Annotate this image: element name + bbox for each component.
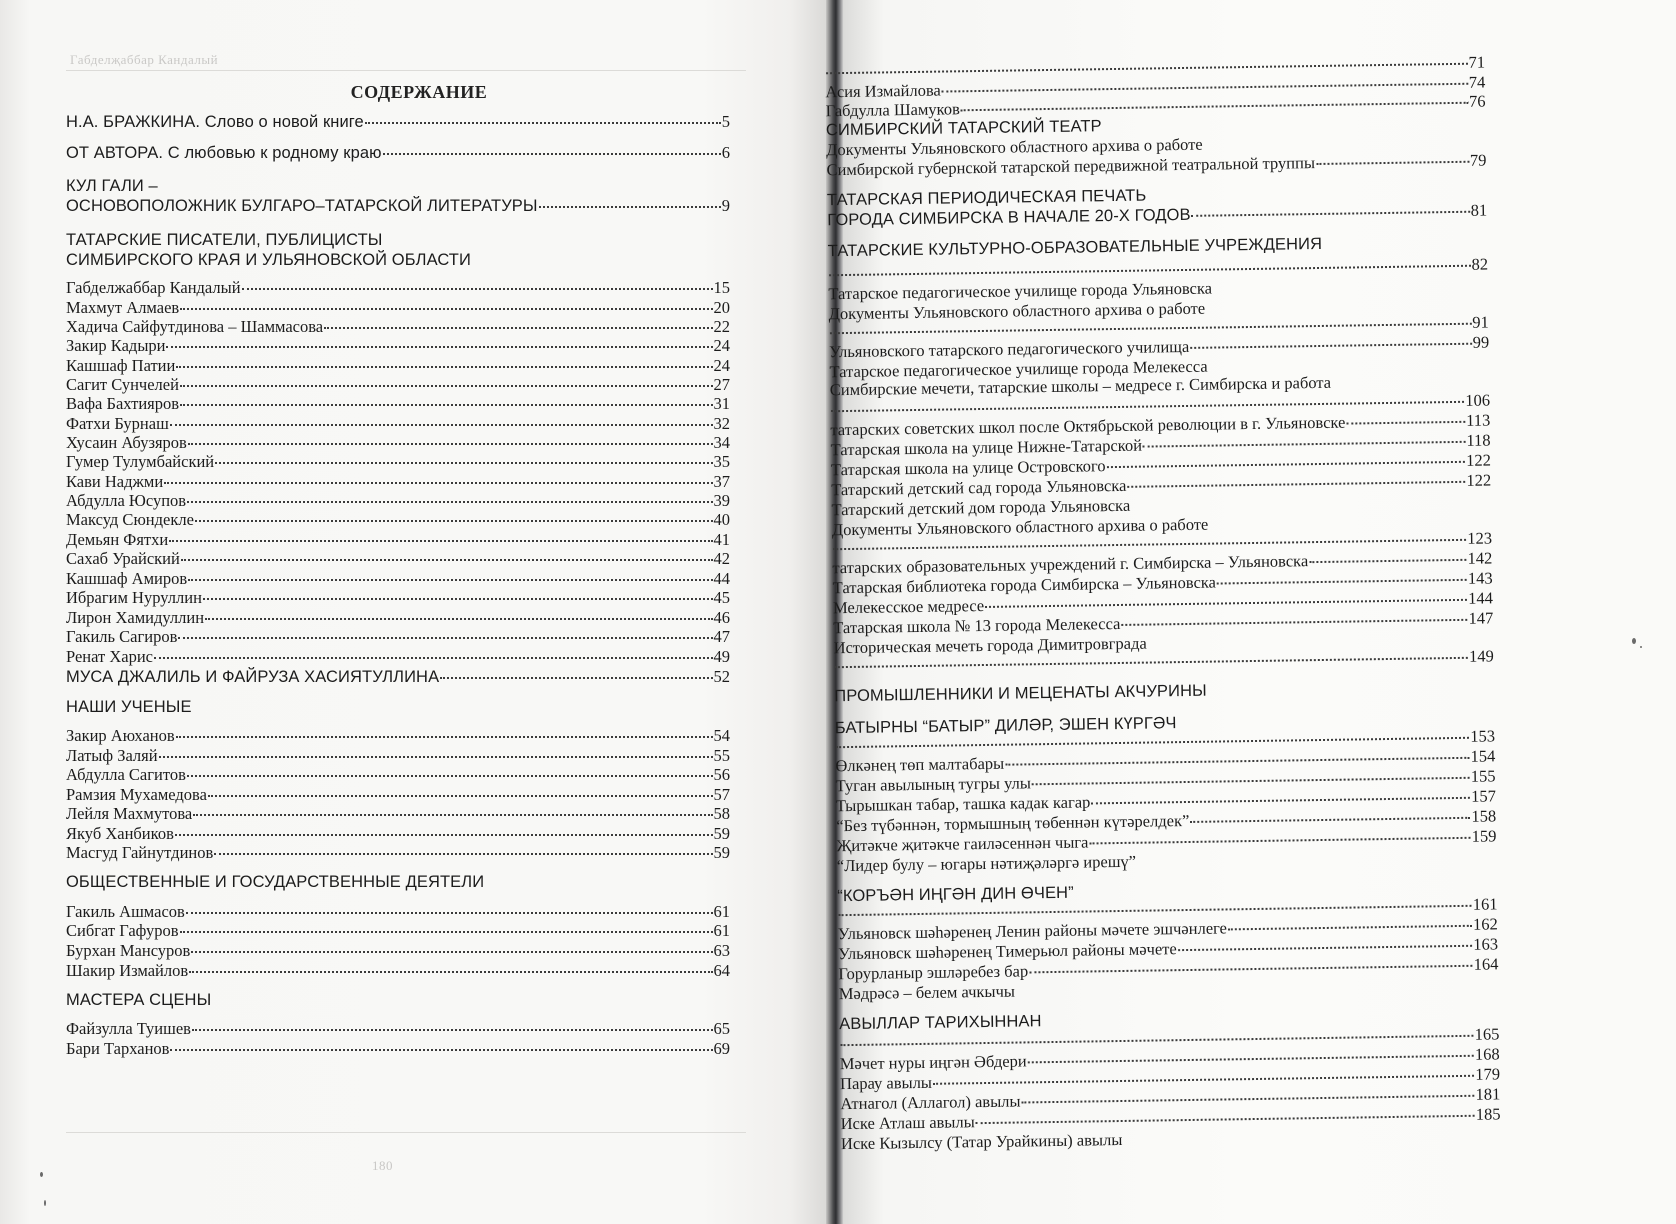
toc-entry-title: МАСТЕРА СЦЕНЫ (66, 990, 211, 1010)
toc-entry-title: Парау авылы (840, 1073, 932, 1094)
toc-page-number: 158 (1471, 806, 1496, 826)
toc-page-number: 164 (1473, 954, 1498, 974)
dot-leader (186, 912, 713, 914)
toc-entry-title: КУЛ ГАЛИ – (66, 176, 158, 196)
toc-entry: Сахаб Урайский42 (66, 549, 730, 569)
toc-entry-title: Максуд Сюндекле (66, 510, 194, 530)
toc-page-number: 5 (722, 112, 730, 132)
toc-page-number: 52 (714, 667, 731, 687)
toc-page-number: 159 (1472, 826, 1497, 846)
toc-entry: Демьян Фятхи41 (66, 530, 730, 550)
dot-leader (835, 657, 1468, 668)
toc-page-number: 142 (1467, 548, 1492, 568)
dot-leader (1028, 1055, 1474, 1064)
toc-entry-title: Өлкәнең төп малтабары (835, 754, 1004, 777)
dot-leader (166, 346, 712, 348)
toc-entry-title: НАШИ УЧЕНЫЕ (66, 697, 192, 717)
toc-entry: Гумер Тулумбайский35 (66, 452, 730, 472)
dot-leader (1032, 777, 1470, 785)
toc-page-number: 22 (714, 317, 731, 337)
toc-entry-title: Гумер Тулумбайский (66, 452, 214, 472)
toc-section-heading: ТАТАРСКИЕ ПИСАТЕЛИ, ПУБЛИЦИСТЫ (66, 230, 730, 250)
toc-page-number: 24 (714, 336, 731, 356)
dot-leader (214, 853, 712, 855)
toc-entry: Вафа Бахтияров31 (66, 394, 730, 414)
dot-leader (205, 618, 712, 620)
toc-page-number: 161 (1473, 894, 1498, 914)
toc-entry-title: Габделжаббар Кандалый (66, 278, 241, 298)
toc-entry-title: Лирон Хамидуллин (66, 608, 204, 628)
toc-entry: Бари Тарханов69 (66, 1039, 730, 1059)
toc-page-number: 149 (1469, 646, 1494, 666)
toc-page-number: 153 (1470, 726, 1495, 746)
dot-leader (215, 462, 712, 464)
toc-entry: Махмут Алмаев20 (66, 298, 730, 318)
toc-entry-title: Бурхан Мансуров (66, 941, 190, 961)
dot-leader (176, 736, 713, 738)
toc-entry-title: “Лидер булу – югары нәтиҗәләргә ирешү” (837, 852, 1136, 876)
toc-entry-title: Мелекесское медресе (833, 596, 984, 618)
toc-entry: Закир Кадыри24 (66, 336, 730, 356)
dot-leader (1121, 619, 1467, 626)
toc-entry-title: Гакиль Сагиров (66, 627, 177, 647)
toc-entry-title: Гакиль Ашмасов (66, 902, 185, 922)
dot-leader (1091, 797, 1470, 805)
toc-section-heading: ОБЩЕСТВЕННЫЕ И ГОСУДАРСТВЕННЫЕ ДЕЯТЕЛИ (66, 872, 730, 892)
toc-entry-title: Закир Аюханов (66, 726, 175, 746)
toc-section-entry: ОСНОВОПОЛОЖНИК БУЛГАРО–ТАТАРСКОЙ ЛИТЕРАТ… (66, 196, 730, 216)
toc-page-number: 37 (714, 472, 731, 492)
toc-page-number: 59 (714, 843, 731, 863)
dot-leader (1217, 579, 1467, 585)
dot-leader (826, 63, 1467, 75)
toc-entry-title: Бари Тарханов (66, 1039, 169, 1059)
toc-page-number: 27 (714, 375, 731, 395)
toc-page-number: 106 (1465, 390, 1490, 410)
toc-page-number: 181 (1475, 1084, 1500, 1104)
toc-entry-title: Фатхи Бурнаш (66, 414, 169, 434)
dot-leader (1089, 837, 1470, 845)
dot-leader (1190, 343, 1471, 349)
toc-entry: Абдулла Юсупов39 (66, 491, 730, 511)
toc-entry-title: Шакир Измайлов (66, 961, 188, 981)
toc-entry-title: Файзулла Туишев (66, 1019, 191, 1039)
toc-entry: Файзулла Туишев65 (66, 1019, 730, 1039)
toc-page-number: 58 (714, 804, 731, 824)
dot-leader (187, 775, 713, 777)
toc-entry: Фатхи Бурнаш32 (66, 414, 730, 434)
scan-speck (1640, 646, 1642, 648)
dot-leader (193, 814, 712, 816)
toc-page-number: 144 (1468, 588, 1493, 608)
toc-page-number: 91 (1472, 312, 1489, 332)
dot-leader (985, 599, 1467, 608)
toc-entry: Сибгат Гафуров61 (66, 921, 730, 941)
dot-leader (164, 482, 712, 484)
dot-leader (1192, 211, 1470, 217)
toc-entry-title: Сибгат Гафуров (66, 921, 179, 941)
toc-page-number: 6 (722, 143, 730, 163)
toc-section-heading: МАСТЕРА СЦЕНЫ (66, 990, 730, 1010)
dot-leader (175, 834, 713, 836)
dot-leader (1309, 559, 1466, 563)
toc-entry-title: Якуб Ханбиков (66, 824, 174, 844)
toc-entry-title: ОТ АВТОРА. С любовью к родному краю (66, 143, 382, 163)
toc-page-number: 15 (714, 278, 731, 298)
toc-entry-title: Иске Атлаш авылы (841, 1112, 975, 1134)
toc-entry-title: ТАТАРСКИЕ ПИСАТЕЛИ, ПУБЛИЦИСТЫ (66, 230, 382, 250)
dot-leader (1143, 441, 1465, 448)
toc-section-heading: СИМБИРСКОГО КРАЯ И УЛЬЯНОВСКОЙ ОБЛАСТИ (66, 250, 730, 270)
toc-entry: Рамзия Мухамедова57 (66, 785, 730, 805)
toc-entry: Габделжаббар Кандалый15 (66, 278, 730, 298)
toc-page-number: 71 (1468, 52, 1485, 72)
toc-page-number: 123 (1467, 528, 1492, 548)
toc-page-number: 55 (714, 746, 731, 766)
dot-leader (191, 951, 712, 953)
toc-entry-title: Махмут Алмаев (66, 298, 179, 318)
toc-page-number: 155 (1471, 766, 1496, 786)
dot-leader (180, 931, 713, 933)
dot-leader (839, 905, 1472, 916)
dot-leader (1005, 757, 1469, 766)
toc-page-number: 143 (1468, 568, 1493, 588)
toc-entry: Кави Наджми37 (66, 472, 730, 492)
dot-leader (1190, 817, 1470, 823)
toc-entry: Гакиль Сагиров47 (66, 627, 730, 647)
toc-page-number: 162 (1473, 914, 1498, 934)
toc-entry-title: Ренат Харис (66, 647, 153, 667)
toc-entry-title: Атнагол (Аллагол) авылы (840, 1092, 1020, 1115)
toc-page-number: 24 (714, 356, 731, 376)
toc-entry-title: Рамзия Мухамедова (66, 785, 207, 805)
scan-speck (1632, 638, 1636, 644)
dot-leader (961, 102, 1468, 112)
toc-page-number: 56 (714, 765, 731, 785)
toc-page-number: 165 (1475, 1024, 1500, 1044)
toc-page-number: 65 (714, 1019, 731, 1039)
toc-page-number: 185 (1476, 1104, 1501, 1124)
toc-entry: Гакиль Ашмасов61 (66, 902, 730, 922)
toc-section-heading: НАШИ УЧЕНЫЕ (66, 697, 730, 717)
toc-page-number: 49 (714, 647, 731, 667)
dot-leader (188, 443, 713, 445)
dot-leader (188, 579, 712, 581)
left-page: Габделҗаббар Кандалый 180 СОДЕРЖАНИЕ Н.А… (0, 0, 838, 1224)
toc-page-number: 163 (1473, 934, 1498, 954)
dot-leader (836, 737, 1469, 748)
dot-leader (208, 795, 713, 797)
toc-page-number: 59 (714, 824, 731, 844)
toc-entry-title: МУСА ДЖАЛИЛЬ И ФАЙРУЗА ХАСИЯТУЛЛИНА (66, 667, 439, 687)
left-toc-list: Н.А. БРАЖКИНА. Слово о новой книге5ОТ АВ… (0, 0, 838, 1224)
toc-entry: Кашшаф Амиров44 (66, 569, 730, 589)
dot-leader (178, 637, 712, 639)
toc-entry: Закир Аюханов54 (66, 726, 730, 746)
toc-entry: Абдулла Сагитов56 (66, 765, 730, 785)
dot-leader (180, 404, 712, 406)
toc-section-entry: Н.А. БРАЖКИНА. Слово о новой книге5 (66, 112, 730, 132)
toc-entry-title: Вафа Бахтияров (66, 394, 179, 414)
dot-leader (1022, 1095, 1475, 1104)
toc-entry-title: Кашшаф Патии (66, 356, 175, 376)
toc-page-number: 61 (714, 921, 731, 941)
toc-page-number: 57 (714, 785, 731, 805)
toc-entry: Ренат Харис49 (66, 647, 730, 667)
toc-entry: Лирон Хамидуллин46 (66, 608, 730, 628)
toc-entry-title: Абдулла Юсупов (66, 491, 186, 511)
toc-entry-title: Демьян Фятхи (66, 530, 168, 550)
toc-entry-title: Мәчет нуры иңгән Әбдери (840, 1051, 1027, 1074)
dot-leader (933, 1075, 1474, 1085)
toc-section-entry: КУЛ ГАЛИ – (66, 176, 730, 196)
toc-entry-title: Закир Кадыри (66, 336, 165, 356)
dot-leader (833, 539, 1466, 550)
toc-entry-title: Лейля Махмутова (66, 804, 192, 824)
toc-page-number: 82 (1471, 254, 1488, 274)
toc-entry-title: Иске Кызылсу (Татар Урайкины) авылы (841, 1130, 1123, 1154)
dot-leader (830, 323, 1471, 335)
toc-page-number: 54 (714, 726, 731, 746)
toc-entry: Хусаин Абузяров34 (66, 433, 730, 453)
toc-page-number: 35 (714, 452, 731, 472)
dot-leader (159, 756, 713, 758)
dot-leader (1127, 481, 1465, 488)
toc-page-number: 40 (714, 510, 731, 530)
toc-page-number: 168 (1475, 1044, 1500, 1064)
toc-page-number: 20 (714, 298, 731, 318)
toc-entry-title: ОБЩЕСТВЕННЫЕ И ГОСУДАРСТВЕННЫЕ ДЕЯТЕЛИ (66, 872, 484, 892)
dot-leader (1346, 421, 1465, 425)
toc-entry-title: Горурланыр эшләребез бар (838, 961, 1028, 984)
dot-leader (1029, 965, 1472, 974)
toc-entry: Хадича Сайфутдинова – Шаммасова22 (66, 317, 730, 337)
toc-entry: Шакир Измайлов64 (66, 961, 730, 981)
dot-leader (169, 540, 712, 542)
dot-leader (383, 153, 721, 155)
toc-page-number: 179 (1475, 1064, 1500, 1084)
right-page: 71Асия Измайлова74Габдулла Шамуков76СИМБ… (844, 0, 1676, 1224)
toc-page-number: 64 (714, 961, 731, 981)
toc-entry-title: Сагит Сунчелей (66, 375, 179, 395)
toc-page-number: 147 (1468, 608, 1493, 628)
toc-page-number: 113 (1466, 410, 1490, 430)
toc-entry-title: ОСНОВОПОЛОЖНИК БУЛГАРО–ТАТАРСКОЙ ЛИТЕРАТ… (66, 196, 538, 216)
toc-entry: Лейля Махмутова58 (66, 804, 730, 824)
dot-leader (976, 1115, 1475, 1124)
toc-entry-title: Латыф Заляй (66, 746, 158, 766)
toc-page-number: 76 (1469, 91, 1486, 111)
dot-leader (180, 308, 712, 310)
toc-page-number: 79 (1470, 150, 1487, 170)
toc-page-number: 47 (714, 627, 731, 647)
dot-leader (942, 83, 1468, 93)
dot-leader (170, 424, 713, 426)
dot-leader (181, 559, 713, 561)
toc-entry: Сагит Сунчелей27 (66, 375, 730, 395)
dot-leader (1107, 461, 1466, 468)
dot-leader (180, 385, 713, 387)
toc-page-number: 46 (714, 608, 731, 628)
dot-leader (539, 206, 721, 208)
toc-section-entry: ПРОМЫШЛЕННИКИ И МЕЦЕНАТЫ АКЧУРИНЫ (834, 676, 1494, 706)
toc-page-number: 122 (1466, 470, 1491, 490)
toc-entry-title: Н.А. БРАЖКИНА. Слово о новой книге (66, 112, 364, 132)
toc-entry-title: Кави Наджми (66, 472, 163, 492)
dot-leader (154, 657, 713, 659)
toc-entry-title: Абдулла Сагитов (66, 765, 186, 785)
dot-leader (1178, 945, 1473, 951)
dot-leader (195, 520, 713, 522)
toc-page-number: 39 (714, 491, 731, 511)
toc-page-number: 41 (714, 530, 731, 550)
toc-page-number: 154 (1470, 746, 1495, 766)
dot-leader (170, 1049, 712, 1051)
toc-section-entry: МУСА ДЖАЛИЛЬ И ФАЙРУЗА ХАСИЯТУЛЛИНА52 (66, 667, 730, 687)
dot-leader (831, 401, 1464, 412)
toc-entry: Якуб Ханбиков59 (66, 824, 730, 844)
toc-entry-title: ПРОМЫШЛЕННИКИ И МЕЦЕНАТЫ АКЧУРИНЫ (834, 681, 1207, 707)
toc-page-number: 61 (714, 902, 731, 922)
toc-page-number: 69 (714, 1039, 731, 1059)
dot-leader (242, 288, 713, 290)
toc-entry: Бурхан Мансуров63 (66, 941, 730, 961)
dot-leader (324, 327, 712, 329)
dot-leader (1228, 925, 1472, 931)
toc-entry-title: Ибрагим Нуруллин (66, 588, 202, 608)
dot-leader (187, 501, 712, 503)
toc-page-number: 81 (1471, 200, 1488, 220)
toc-page-number: 9 (722, 196, 730, 216)
toc-entry-title: ГОРОДА СИМБИРСКА В НАЧАЛЕ 20-Х ГОДОВ (827, 205, 1191, 230)
toc-page-number: 32 (714, 414, 731, 434)
toc-entry-title: Хадича Сайфутдинова – Шаммасова (66, 317, 323, 337)
dot-leader (176, 366, 712, 368)
toc-entry-title: Мәдрәсә – белем ачкычы (839, 982, 1015, 1005)
toc-page-number: 45 (714, 588, 731, 608)
toc-page-number: 74 (1469, 72, 1486, 92)
toc-page-number: 31 (714, 394, 731, 414)
toc-entry-title: СИМБИРСКОГО КРАЯ И УЛЬЯНОВСКОЙ ОБЛАСТИ (66, 250, 471, 270)
toc-entry: Максуд Сюндекле40 (66, 510, 730, 530)
toc-entry: Масгуд Гайнутдинов59 (66, 843, 730, 863)
dot-leader (440, 677, 712, 679)
scan-speck (40, 1172, 43, 1177)
toc-page-number: 34 (714, 433, 731, 453)
dot-leader (840, 1035, 1473, 1046)
dot-leader (829, 265, 1470, 277)
toc-entry-title: Сахаб Урайский (66, 549, 180, 569)
toc-page-number: 122 (1466, 450, 1491, 470)
toc-entry: Латыф Заляй55 (66, 746, 730, 766)
toc-page-number: 44 (714, 569, 731, 589)
toc-entry: Кашшаф Патии24 (66, 356, 730, 376)
toc-entry-title: Масгуд Гайнутдинов (66, 843, 213, 863)
toc-page-number: 63 (714, 941, 731, 961)
dot-leader (189, 971, 712, 973)
scan-speck (44, 1200, 46, 1206)
toc-page-number: 157 (1471, 786, 1496, 806)
dot-leader (203, 598, 713, 600)
toc-section-entry: ОТ АВТОРА. С любовью к родному краю6 (66, 143, 730, 163)
dot-leader (192, 1029, 713, 1031)
toc-page-number: 42 (714, 549, 731, 569)
right-toc-list: 71Асия Измайлова74Габдулла Шамуков76СИМБ… (844, 0, 1676, 1224)
dot-leader (1316, 161, 1469, 165)
toc-entry-title: Кашшаф Амиров (66, 569, 187, 589)
toc-page-number: 99 (1473, 332, 1490, 352)
toc-entry: Ибрагим Нуруллин45 (66, 588, 730, 608)
dot-leader (365, 122, 721, 124)
toc-entry-title: Хусаин Абузяров (66, 433, 187, 453)
toc-page-number: 118 (1466, 430, 1490, 450)
